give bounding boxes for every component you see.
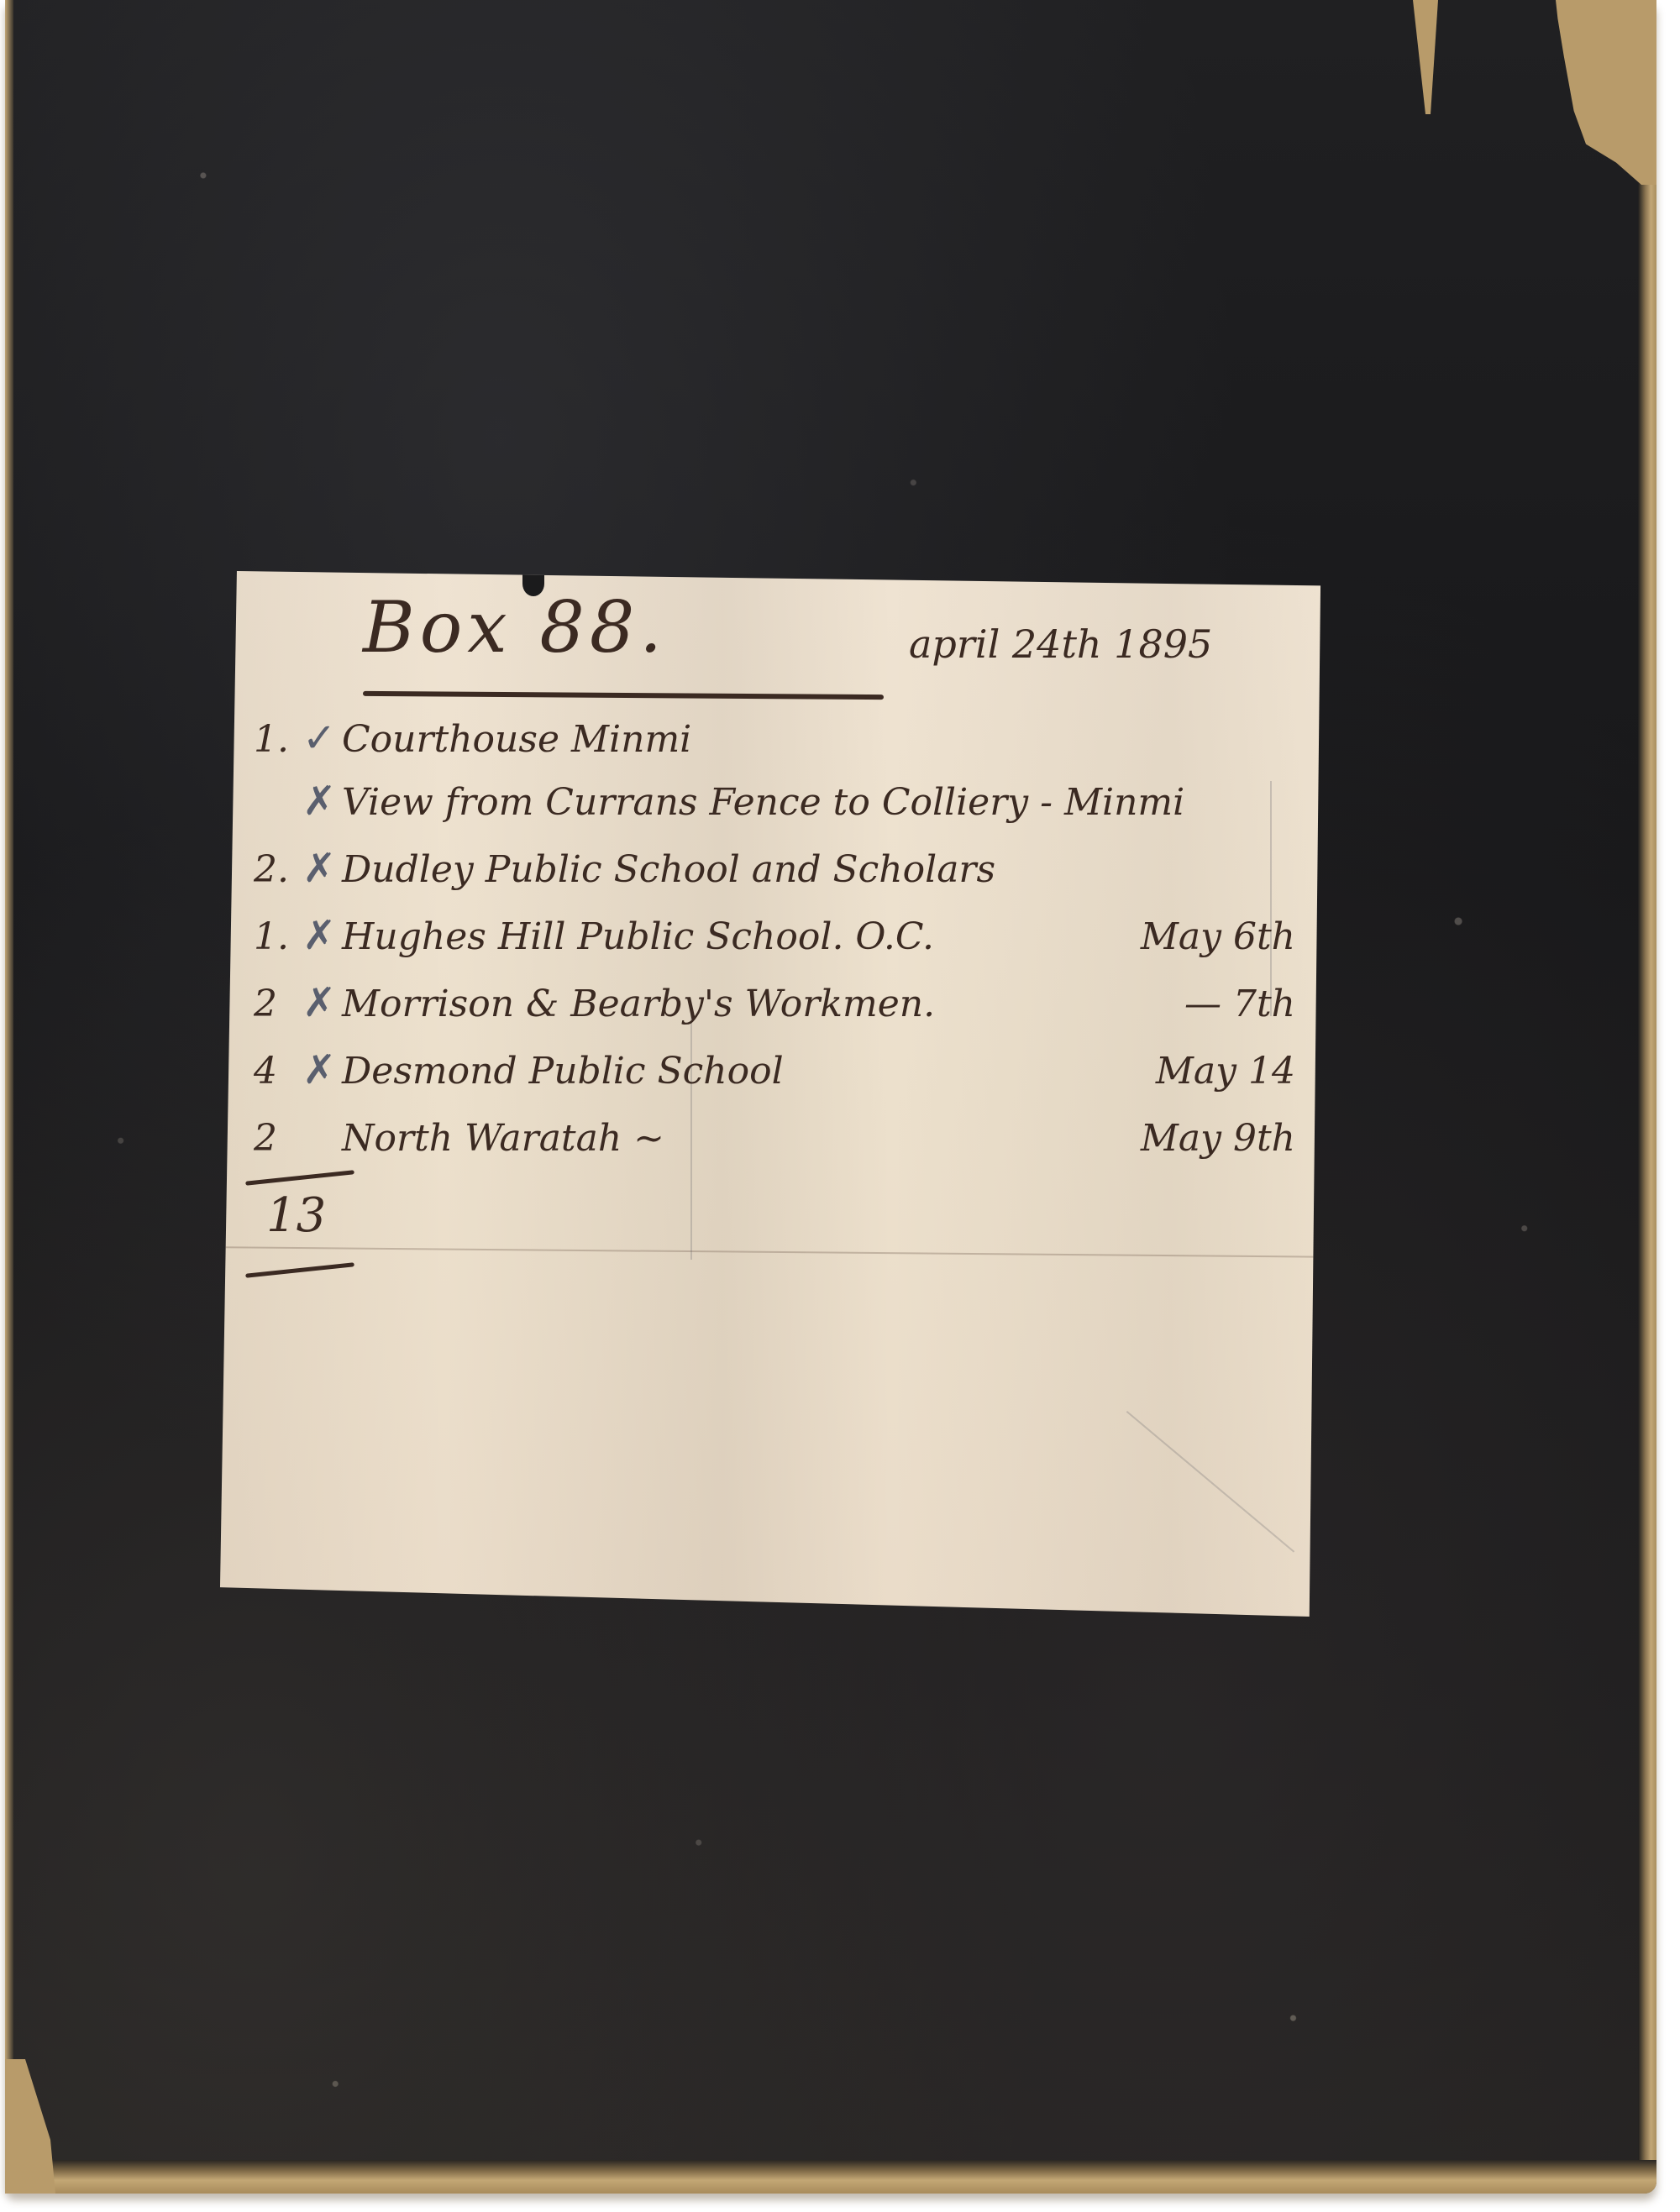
- item-date: May 6th: [1141, 915, 1295, 958]
- item-quantity: 4: [254, 1050, 304, 1093]
- pencil-diagonal-line: [1126, 1411, 1294, 1553]
- handwritten-label: Box 88. april 24th 1895 1. ✓ Courthouse …: [220, 571, 1337, 1617]
- title-underline: [363, 691, 884, 700]
- list-item: 4 ✗ Desmond Public School May 14: [254, 1050, 1312, 1100]
- item-description: Hughes Hill Public School. O.C.: [342, 915, 934, 958]
- cross-mark-icon: ✗: [302, 979, 336, 1026]
- torn-corner-bottom-left: [5, 2059, 55, 2194]
- cross-mark-icon: ✗: [302, 845, 336, 892]
- item-quantity: 1.: [254, 915, 304, 958]
- board-right-edge: [1638, 0, 1656, 2194]
- item-quantity: 2: [254, 983, 304, 1025]
- total-count: 13: [266, 1188, 326, 1243]
- list-item: 2 North Waratah ~ May 9th: [254, 1117, 1312, 1167]
- item-date: May 9th: [1141, 1117, 1295, 1160]
- list-item: 1. ✗ Hughes Hill Public School. O.C. May…: [254, 915, 1312, 966]
- cross-mark-icon: ✗: [302, 1046, 336, 1093]
- item-description: Courthouse Minmi: [342, 718, 691, 761]
- item-quantity: 2: [254, 1117, 304, 1160]
- list-item: ✗ View from Currans Fence to Colliery - …: [254, 781, 1312, 831]
- torn-strip-top: [1413, 0, 1438, 114]
- list-item: 1. ✓ Courthouse Minmi: [254, 718, 1312, 768]
- board-left-edge: [5, 0, 13, 2194]
- total-rule-top: [245, 1170, 354, 1186]
- item-description: Morrison & Bearby's Workmen.: [342, 983, 935, 1025]
- check-mark-icon: ✓: [302, 715, 336, 762]
- item-description: Desmond Public School: [342, 1050, 784, 1093]
- item-quantity: 1.: [254, 718, 304, 761]
- torn-corner-top-right: [1556, 0, 1656, 185]
- item-quantity: 2.: [254, 848, 304, 891]
- item-date: May 14: [1156, 1050, 1295, 1093]
- cross-mark-icon: ✗: [302, 912, 336, 959]
- board-bottom-edge: [5, 2160, 1656, 2194]
- list-item: 2 ✗ Morrison & Bearby's Workmen. — 7th: [254, 983, 1312, 1033]
- item-description: View from Currans Fence to Colliery - Mi…: [342, 781, 1184, 824]
- label-date: april 24th 1895: [909, 621, 1212, 667]
- label-fold-crease: [220, 1246, 1337, 1258]
- item-description: North Waratah ~: [342, 1117, 664, 1160]
- box-title: Box 88.: [363, 586, 667, 668]
- item-date: — 7th: [1184, 983, 1295, 1025]
- item-description: Dudley Public School and Scholars: [342, 848, 995, 891]
- total-rule-bottom: [245, 1262, 354, 1278]
- cross-mark-icon: ✗: [302, 778, 336, 825]
- list-item: 2. ✗ Dudley Public School and Scholars: [254, 848, 1312, 899]
